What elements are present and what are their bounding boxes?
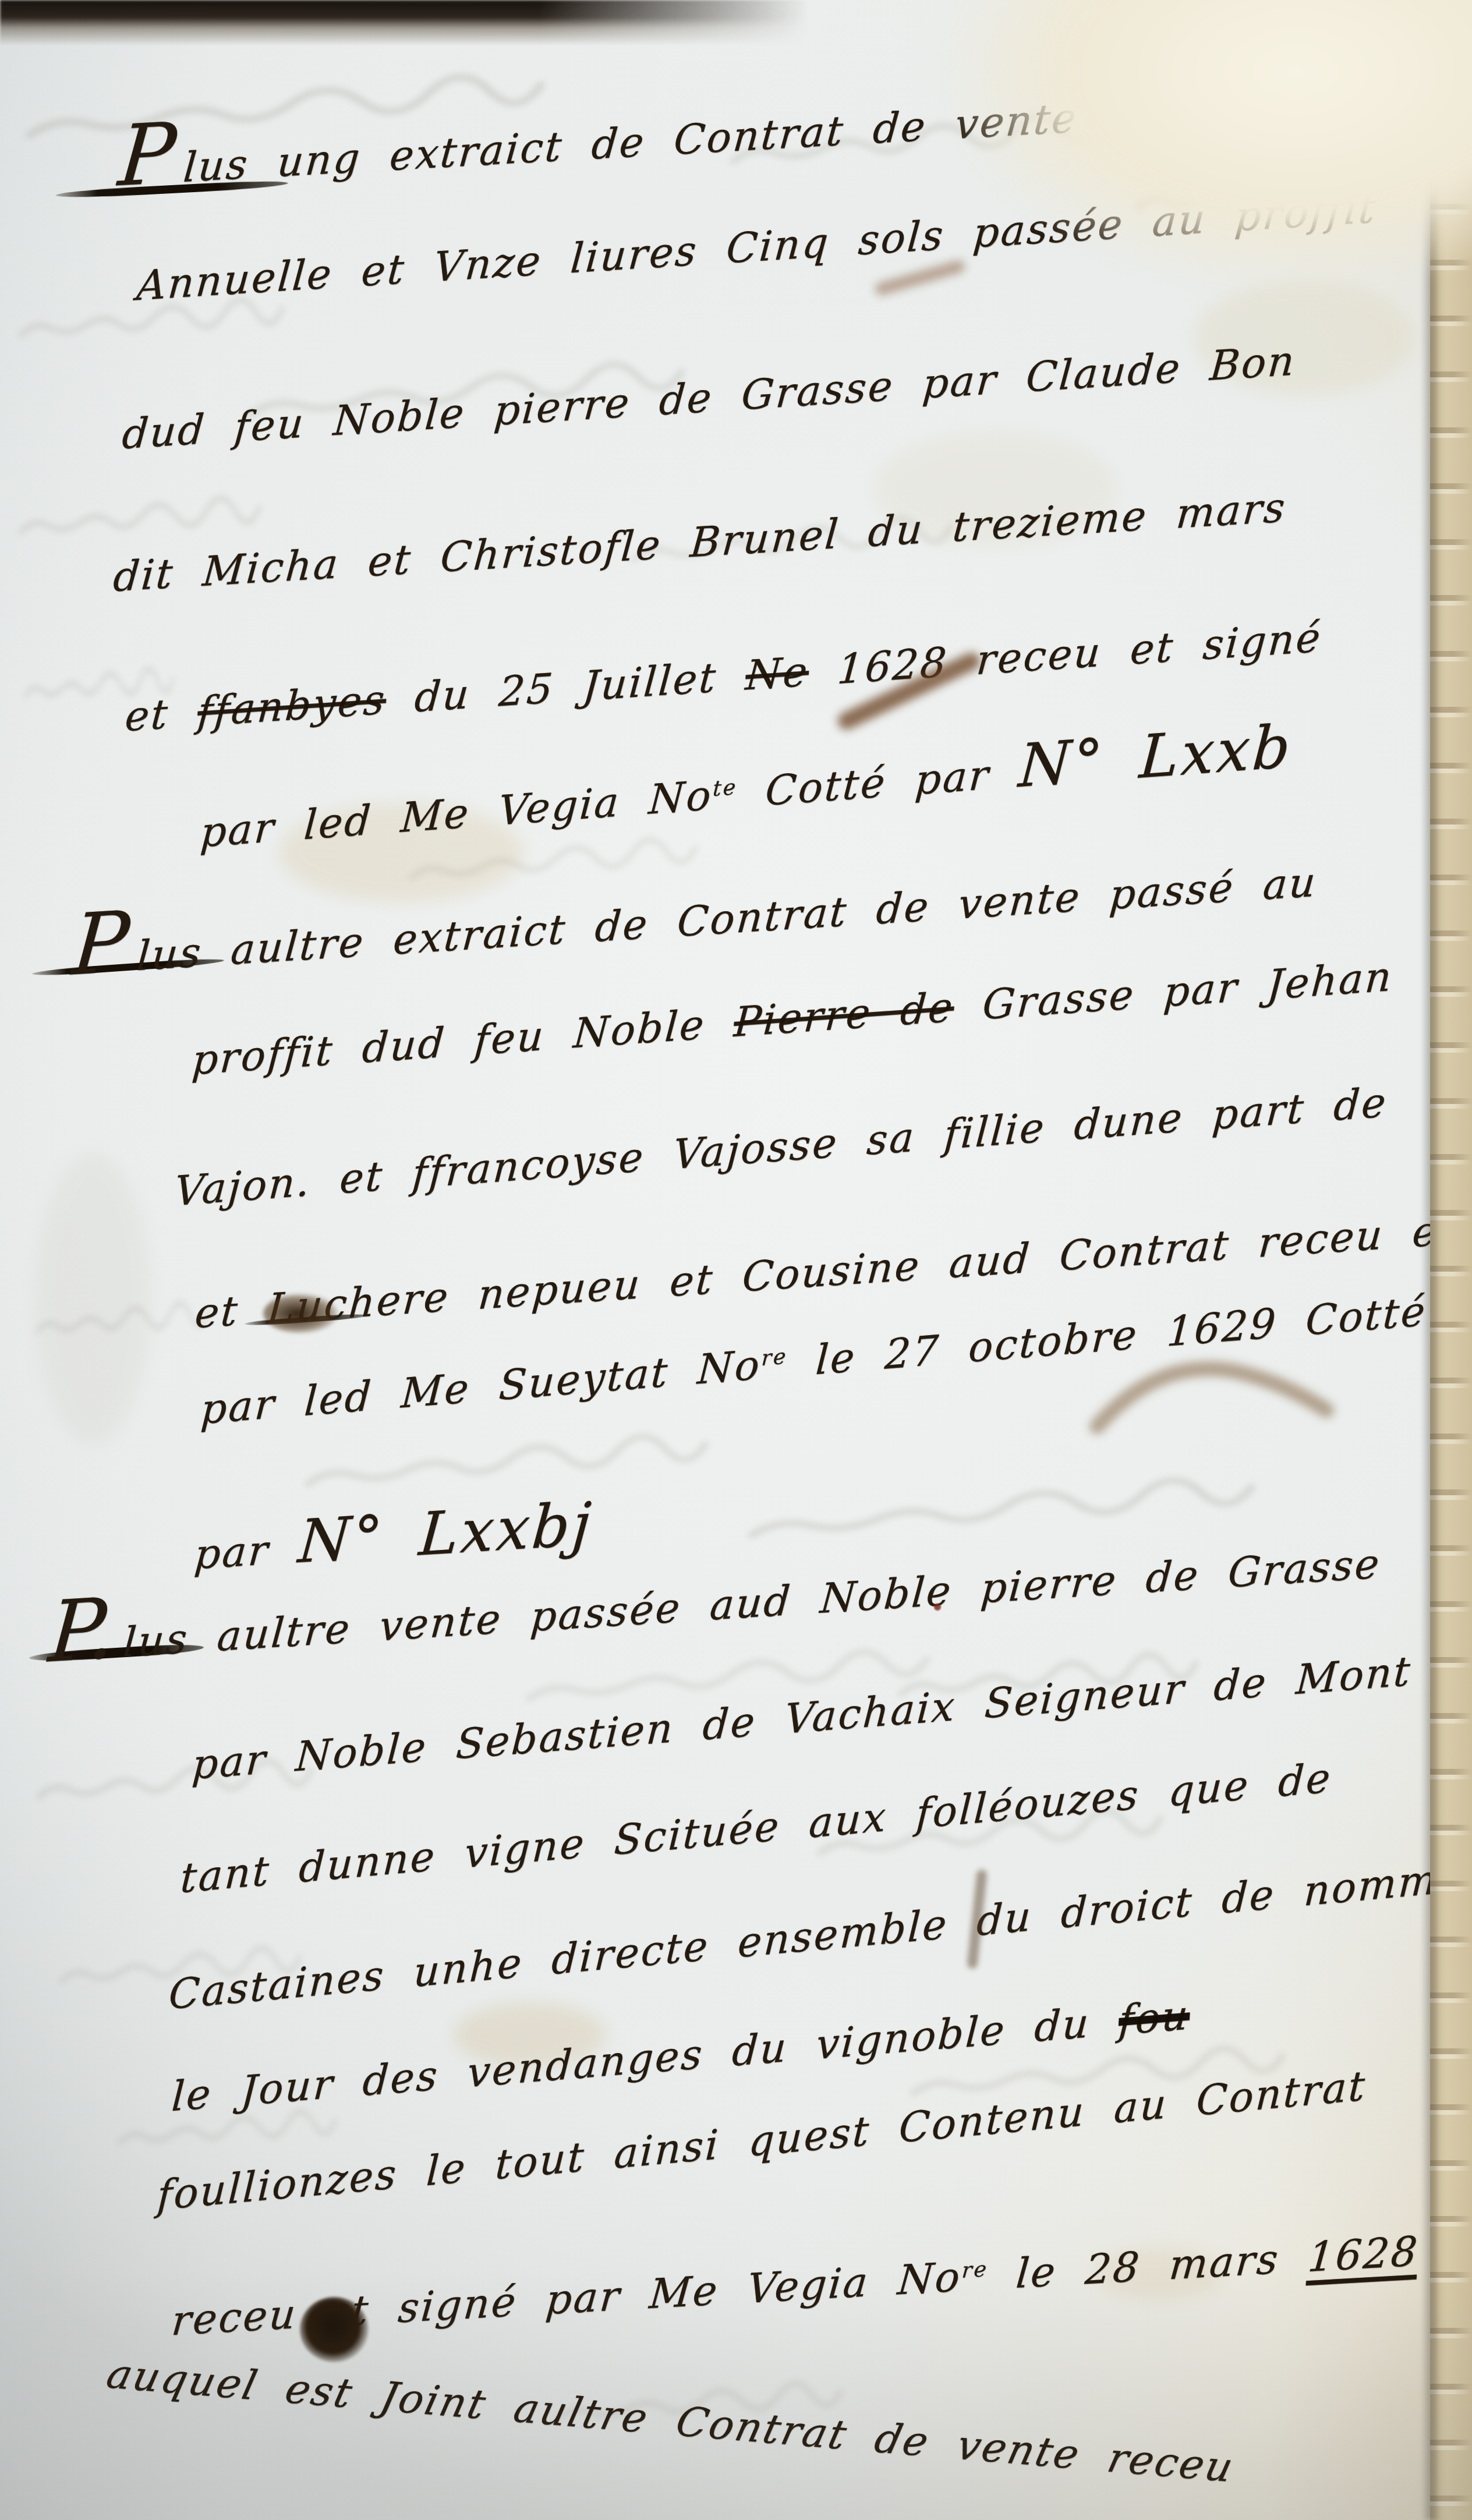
text-segment: 1628 [1306, 2227, 1421, 2281]
text-segment: receu et signé par Me Vegia No [170, 2253, 964, 2345]
text-segment: proffit dud feu Noble [190, 999, 735, 1085]
text-segment: P [115, 104, 180, 205]
text-segment: par led Me Vegia No [199, 771, 714, 856]
text-segment: ffanbyes [196, 675, 388, 736]
ink-blot [934, 1604, 941, 1611]
text-segment: du 25 Juillet [384, 652, 748, 724]
text-segment: et [123, 688, 200, 741]
text-segment: te [712, 774, 738, 801]
manuscript-line: auquel est Joint aultre Contrat de vente… [102, 2350, 1239, 2491]
text-segment: P [69, 893, 133, 994]
manuscript-line: et ffanbyes du 25 Juillet Ne 1628 receu … [123, 613, 1324, 741]
text-segment: dit Micha et Christofle Brunel du trezie… [112, 483, 1289, 601]
manuscript-text: Plus ung extraict de Contrat de vente et… [0, 0, 1472, 2520]
text-segment: lus aultre extraict de Contrat de vente … [135, 858, 1319, 980]
ink-smudge [960, 1869, 995, 1971]
text-segment: auquel est Joint aultre Contrat de vente… [102, 2350, 1239, 2491]
text-segment: Grasse par Jehan [953, 952, 1395, 1031]
page-edge-shadow [1421, 0, 1438, 2520]
ink-smudge [833, 646, 996, 734]
text-segment: re [961, 2256, 989, 2283]
text-segment: Pierre de [733, 983, 956, 1046]
text-segment: le 28 mars [986, 2234, 1310, 2299]
adjacent-page-corner [942, 0, 1472, 291]
text-segment: re [760, 1343, 788, 1371]
text-segment: dud feu Noble pierre de Grasse par Claud… [121, 337, 1298, 458]
text-segment: N° Lxxb [1017, 712, 1294, 801]
manuscript-line: dit Micha et Christofle Brunel du trezie… [112, 483, 1289, 601]
ink-blot [263, 1294, 338, 1333]
manuscript-line: Vajon. et ffrancoyse Vajosse sa fillie d… [173, 1078, 1389, 1216]
text-segment: Ne [744, 647, 811, 700]
text-segment: P. [46, 1579, 119, 1681]
ink-blot [300, 2297, 369, 2362]
ink-smudge [1089, 1339, 1339, 1438]
text-segment: Vajon. et ffrancoyse Vajosse sa fillie d… [173, 1078, 1389, 1216]
text-segment: par led Me Sueytat No [200, 1340, 763, 1434]
table-edge-bar [0, 0, 1036, 45]
manuscript-photo: Plus ung extraict de Contrat de vente et… [0, 0, 1472, 2520]
manuscript-line: dud feu Noble pierre de Grasse par Claud… [121, 337, 1298, 458]
text-segment: Cotté par [735, 749, 1020, 817]
text-segment: fou [1117, 1991, 1191, 2044]
